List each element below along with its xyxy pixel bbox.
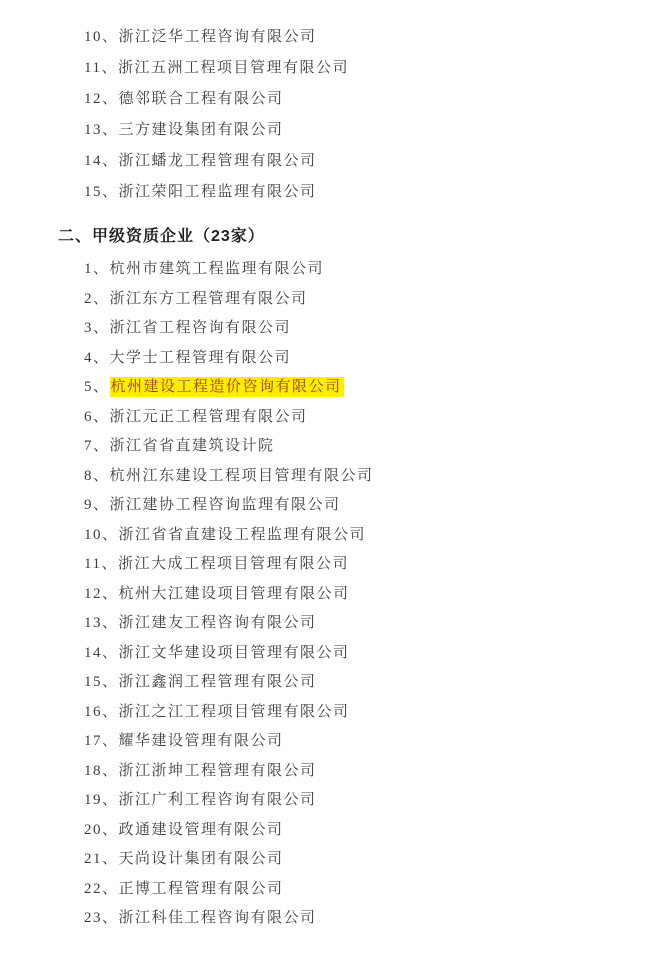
list-item: 2、浙江东方工程管理有限公司: [84, 285, 640, 315]
company-name: 浙江省工程咨询有限公司: [110, 320, 292, 336]
list-item: 23、浙江科佳工程咨询有限公司: [84, 904, 640, 934]
list-item: 14、浙江蟠龙工程管理有限公司: [84, 146, 640, 177]
item-number: 8、: [84, 468, 110, 484]
item-number: 12、: [84, 91, 119, 107]
item-number: 1、: [84, 261, 110, 277]
company-name: 天尚设计集团有限公司: [119, 851, 284, 867]
list-item: 10、浙江省省直建设工程监理有限公司: [84, 521, 640, 551]
list-item: 22、正博工程管理有限公司: [84, 875, 640, 905]
company-name: 德邻联合工程有限公司: [119, 91, 284, 107]
item-number: 6、: [84, 409, 110, 425]
class-a-list: 1、杭州市建筑工程监理有限公司 2、浙江东方工程管理有限公司 3、浙江省工程咨询…: [0, 255, 650, 934]
list-item: 12、德邻联合工程有限公司: [84, 84, 640, 115]
company-name: 浙江科佳工程咨询有限公司: [119, 910, 317, 926]
company-name: 浙江蟠龙工程管理有限公司: [119, 153, 317, 169]
company-name: 浙江省省直建设工程监理有限公司: [119, 527, 367, 543]
company-name: 浙江省省直建筑设计院: [110, 438, 275, 454]
section-heading: 二、甲级资质企业（23家）: [58, 225, 650, 248]
item-number: 3、: [84, 320, 110, 336]
list-item: 9、浙江建协工程咨询监理有限公司: [84, 491, 640, 521]
list-item: 10、浙江泛华工程咨询有限公司: [84, 22, 640, 53]
highlighted-company-name: 杭州建设工程造价咨询有限公司: [110, 377, 344, 397]
item-number: 12、: [84, 586, 119, 602]
company-name: 浙江之江工程项目管理有限公司: [119, 704, 350, 720]
list-item: 3、浙江省工程咨询有限公司: [84, 314, 640, 344]
list-item: 16、浙江之江工程项目管理有限公司: [84, 698, 640, 728]
company-name: 浙江广利工程咨询有限公司: [119, 792, 317, 808]
item-number: 15、: [84, 674, 119, 690]
company-name: 杭州市建筑工程监理有限公司: [110, 261, 325, 277]
company-name: 浙江荣阳工程监理有限公司: [119, 184, 317, 200]
item-number: 13、: [84, 615, 119, 631]
list-item: 15、浙江荣阳工程监理有限公司: [84, 177, 640, 208]
company-name: 浙江鑫润工程管理有限公司: [119, 674, 317, 690]
list-item: 11、浙江五洲工程项目管理有限公司: [84, 53, 640, 84]
item-number: 2、: [84, 291, 110, 307]
company-name: 正博工程管理有限公司: [119, 881, 284, 897]
item-number: 16、: [84, 704, 119, 720]
item-number: 19、: [84, 792, 119, 808]
item-number: 11、: [84, 556, 118, 572]
document-page: 10、浙江泛华工程咨询有限公司 11、浙江五洲工程项目管理有限公司 12、德邻联…: [0, 0, 650, 955]
list-item: 14、浙江文华建设项目管理有限公司: [84, 639, 640, 669]
list-item: 17、耀华建设管理有限公司: [84, 727, 640, 757]
item-number: 11、: [84, 60, 118, 76]
list-item: 5、杭州建设工程造价咨询有限公司: [84, 373, 640, 403]
company-name: 浙江建协工程咨询监理有限公司: [110, 497, 341, 513]
item-number: 9、: [84, 497, 110, 513]
company-name: 杭州大江建设项目管理有限公司: [119, 586, 350, 602]
company-name: 三方建设集团有限公司: [119, 122, 284, 138]
item-number: 22、: [84, 881, 119, 897]
item-number: 14、: [84, 645, 119, 661]
item-number: 20、: [84, 822, 119, 838]
company-name: 浙江泛华工程咨询有限公司: [119, 29, 317, 45]
list-item: 8、杭州江东建设工程项目管理有限公司: [84, 462, 640, 492]
item-number: 13、: [84, 122, 119, 138]
company-name: 浙江建友工程咨询有限公司: [119, 615, 317, 631]
company-name: 浙江元正工程管理有限公司: [110, 409, 308, 425]
list-item: 11、浙江大成工程项目管理有限公司: [84, 550, 640, 580]
list-item: 20、政通建设管理有限公司: [84, 816, 640, 846]
company-name: 浙江大成工程项目管理有限公司: [118, 556, 349, 572]
item-number: 23、: [84, 910, 119, 926]
item-number: 7、: [84, 438, 110, 454]
list-item: 4、大学士工程管理有限公司: [84, 344, 640, 374]
company-name: 耀华建设管理有限公司: [119, 733, 284, 749]
item-number: 21、: [84, 851, 119, 867]
item-number: 18、: [84, 763, 119, 779]
item-number: 4、: [84, 350, 110, 366]
list-item: 7、浙江省省直建筑设计院: [84, 432, 640, 462]
item-number: 15、: [84, 184, 119, 200]
company-name: 大学士工程管理有限公司: [110, 350, 292, 366]
company-name: 浙江浙坤工程管理有限公司: [119, 763, 317, 779]
company-name: 浙江五洲工程项目管理有限公司: [118, 60, 349, 76]
list-item: 21、天尚设计集团有限公司: [84, 845, 640, 875]
class-b-list-continued: 10、浙江泛华工程咨询有限公司 11、浙江五洲工程项目管理有限公司 12、德邻联…: [0, 22, 650, 208]
company-name: 杭州江东建设工程项目管理有限公司: [110, 468, 374, 484]
list-item: 15、浙江鑫润工程管理有限公司: [84, 668, 640, 698]
company-name: 政通建设管理有限公司: [119, 822, 284, 838]
list-item: 13、浙江建友工程咨询有限公司: [84, 609, 640, 639]
list-item: 19、浙江广利工程咨询有限公司: [84, 786, 640, 816]
item-number: 10、: [84, 29, 119, 45]
list-item: 13、三方建设集团有限公司: [84, 115, 640, 146]
item-number: 10、: [84, 527, 119, 543]
list-item: 12、杭州大江建设项目管理有限公司: [84, 580, 640, 610]
item-number: 5、: [84, 379, 110, 395]
list-item: 1、杭州市建筑工程监理有限公司: [84, 255, 640, 285]
item-number: 17、: [84, 733, 119, 749]
company-name: 浙江东方工程管理有限公司: [110, 291, 308, 307]
list-item: 6、浙江元正工程管理有限公司: [84, 403, 640, 433]
list-item: 18、浙江浙坤工程管理有限公司: [84, 757, 640, 787]
company-name: 浙江文华建设项目管理有限公司: [119, 645, 350, 661]
item-number: 14、: [84, 153, 119, 169]
